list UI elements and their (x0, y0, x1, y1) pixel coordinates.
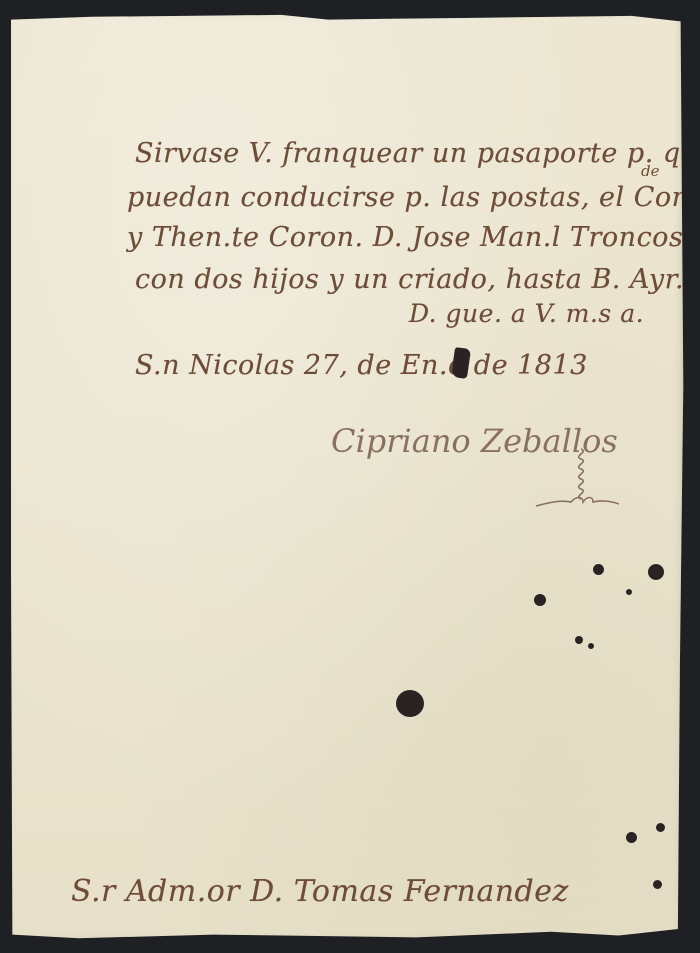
superscript-de: de (641, 162, 659, 180)
closing-formula: D. gue. a V. m.s a. (409, 299, 644, 328)
dateline: S.n Nicolas 27, de En.o de 1813 (135, 350, 588, 381)
letter-line-4: con dos hijos y un criado, hasta B. Ayr. (135, 264, 684, 295)
ink-blot (626, 832, 637, 843)
letter-line-3: y Then.te Coron. D. Jose Man.l Troncoso (127, 222, 700, 253)
letter-line-2: puedan conducirse p. las postas, el Com- (127, 182, 700, 213)
ink-blot (593, 564, 604, 575)
ink-blot-large (396, 690, 424, 717)
paper-sheet: Sirvase V. franquear un pasaporte p. q. … (11, 14, 686, 942)
ink-blot (626, 589, 632, 595)
signature-flourish-icon (531, 444, 621, 514)
scanned-document: Sirvase V. franquear un pasaporte p. q. … (0, 0, 700, 953)
letter-line-1: Sirvase V. franquear un pasaporte p. q. (135, 138, 690, 169)
ink-blot (648, 564, 664, 580)
ink-blot (588, 643, 594, 649)
ink-blot (575, 636, 583, 644)
ink-blot (653, 880, 662, 889)
ink-blot (656, 823, 665, 832)
ink-blot (534, 594, 546, 606)
addressee-line: S.r Adm.or D. Tomas Fernandez (71, 874, 569, 909)
